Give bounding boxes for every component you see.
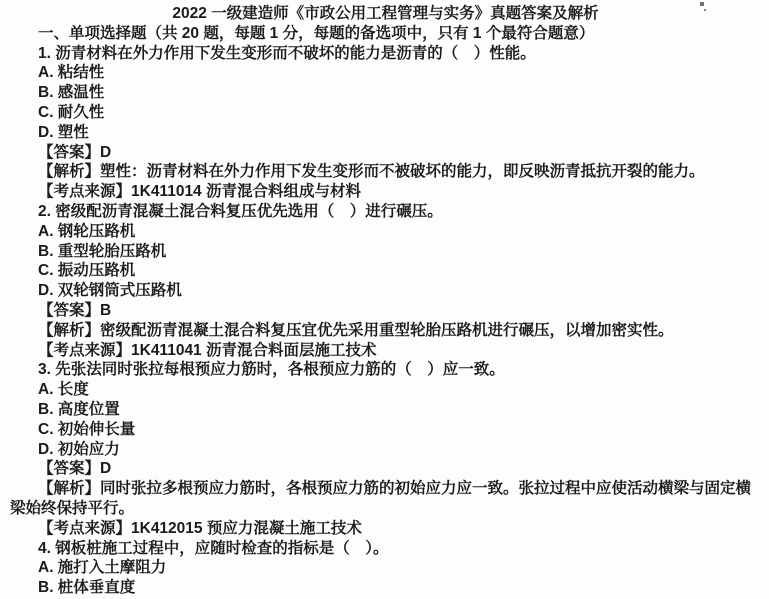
question-4-option-a: A. 施打入土摩阻力 bbox=[10, 558, 761, 578]
scan-artifact bbox=[700, 2, 704, 6]
section-heading: 一、单项选择题（共 20 题，每题 1 分，每题的备选项中，只有 1 个最符合题… bbox=[10, 24, 761, 44]
question-1-option-d: D. 塑性 bbox=[10, 123, 761, 143]
question-3-stem: 3. 先张法同时张拉每根预应力筋时，各根预应力筋的（ ）应一致。 bbox=[10, 360, 761, 380]
question-3-source: 【考点来源】1K412015 预应力混凝土施工技术 bbox=[10, 519, 761, 539]
question-2-option-a: A. 钢轮压路机 bbox=[10, 222, 761, 242]
exam-document: 2022 一级建造师《市政公用工程管理与实务》真题答案及解析 一、单项选择题（共… bbox=[0, 0, 769, 598]
question-1-option-c: C. 耐久性 bbox=[10, 103, 761, 123]
question-2-answer: 【答案】B bbox=[10, 301, 761, 321]
question-4-option-b: B. 桩体垂直度 bbox=[10, 578, 761, 598]
question-3-analysis: 【解析】同时张拉多根预应力筋时，各根预应力筋的初始应力应一致。张拉过程中应使活动… bbox=[10, 479, 761, 519]
question-2-source: 【考点来源】1K411041 沥青混合料面层施工技术 bbox=[10, 341, 761, 361]
question-2-analysis: 【解析】密级配沥青混凝土混合料复压宜优先采用重型轮胎压路机进行碾压，以增加密实性… bbox=[10, 321, 761, 341]
question-1-option-a: A. 粘结性 bbox=[10, 63, 761, 83]
question-3-answer: 【答案】D bbox=[10, 459, 761, 479]
question-1-answer: 【答案】D bbox=[10, 143, 761, 163]
question-3-option-d: D. 初始应力 bbox=[10, 440, 761, 460]
document-title: 2022 一级建造师《市政公用工程管理与实务》真题答案及解析 bbox=[10, 4, 761, 24]
question-1-stem: 1. 沥青材料在外力作用下发生变形而不破坏的能力是沥青的（ ）性能。 bbox=[10, 44, 761, 64]
question-3-option-a: A. 长度 bbox=[10, 380, 761, 400]
question-3-option-b: B. 高度位置 bbox=[10, 400, 761, 420]
question-2-option-c: C. 振动压路机 bbox=[10, 261, 761, 281]
question-2-option-b: B. 重型轮胎压路机 bbox=[10, 242, 761, 262]
question-2-option-d: D. 双轮钢筒式压路机 bbox=[10, 281, 761, 301]
question-1-option-b: B. 感温性 bbox=[10, 83, 761, 103]
question-2-stem: 2. 密级配沥青混凝土混合料复压优先选用（ ）进行碾压。 bbox=[10, 202, 761, 222]
question-1-analysis: 【解析】塑性：沥青材料在外力作用下发生变形而不被破坏的能力，即反映沥青抵抗开裂的… bbox=[10, 162, 761, 182]
question-4-stem: 4. 钢板桩施工过程中，应随时检查的指标是（ ）。 bbox=[10, 539, 761, 559]
question-1-source: 【考点来源】1K411014 沥青混合料组成与材料 bbox=[10, 182, 761, 202]
question-3-option-c: C. 初始伸长量 bbox=[10, 420, 761, 440]
